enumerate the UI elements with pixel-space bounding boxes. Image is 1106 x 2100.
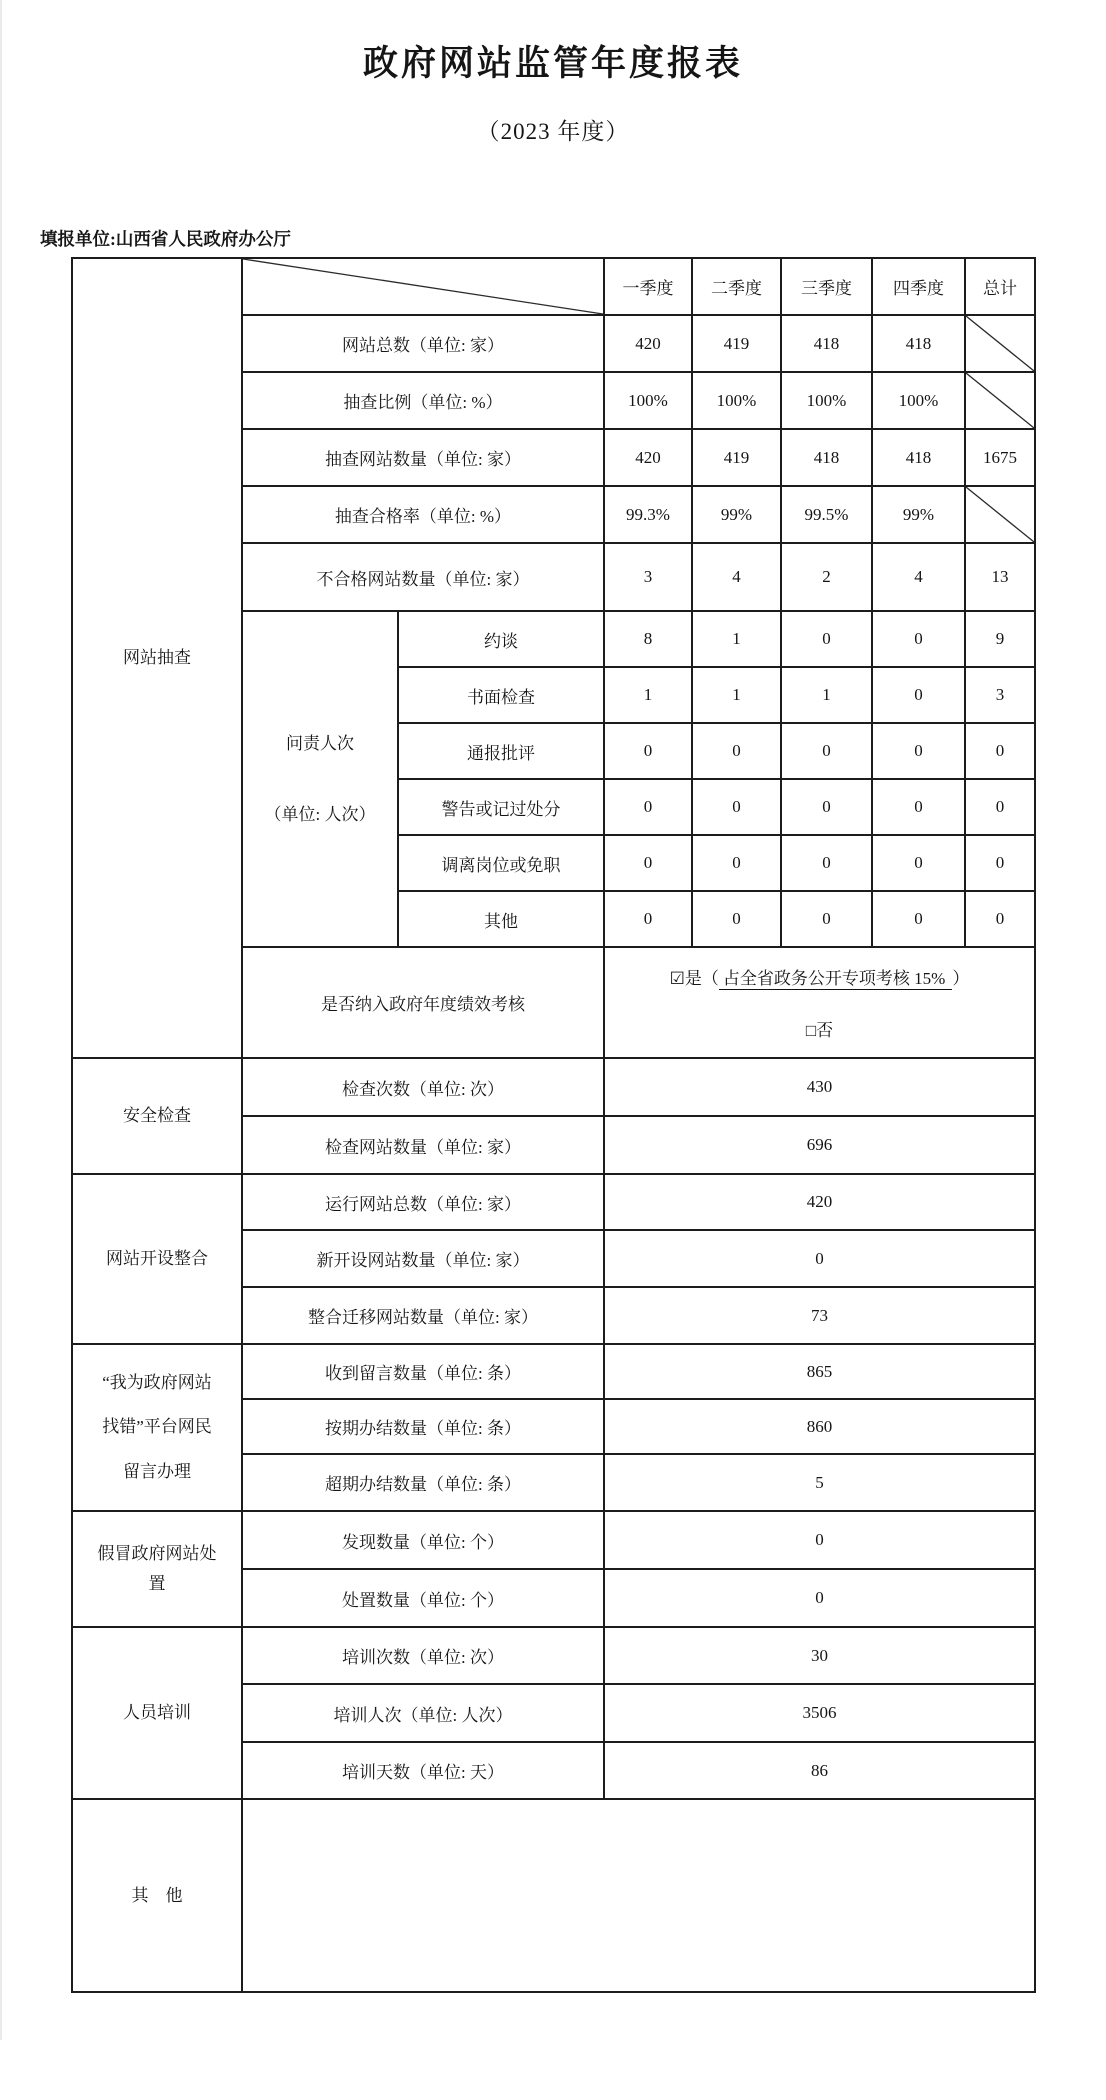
category-staff-training: 人员培训 xyxy=(72,1627,242,1799)
cell-q2: 0 xyxy=(692,835,781,891)
assessment-label: 是否纳入政府年度绩效考核 xyxy=(242,947,604,1058)
column-header-total: 总计 xyxy=(965,258,1035,315)
cell-total: 0 xyxy=(965,891,1035,947)
cell-q1: 3 xyxy=(604,543,692,611)
cell-value: 5 xyxy=(604,1454,1035,1511)
cell-q4: 418 xyxy=(872,315,965,372)
cell-q1: 0 xyxy=(604,779,692,835)
diagonal-slash-icon xyxy=(966,316,1034,371)
cell-q2: 1 xyxy=(692,611,781,667)
table-row: 假冒政府网站处 置 发现数量（单位: 个） 0 xyxy=(72,1511,1035,1569)
row-label-running-sites: 运行网站总数（单位: 家） xyxy=(242,1174,604,1230)
cell-q3: 0 xyxy=(781,611,872,667)
row-label-sample-ratio: 抽查比例（单位: %） xyxy=(242,372,604,429)
table-row: 网站开设整合 运行网站总数（单位: 家） 420 xyxy=(72,1174,1035,1230)
cell-q4: 0 xyxy=(872,723,965,779)
cell-q2: 1 xyxy=(692,667,781,723)
table-row: 其 他 xyxy=(72,1799,1035,1992)
row-label-found: 发现数量（单位: 个） xyxy=(242,1511,604,1569)
cell-q1: 99.3% xyxy=(604,486,692,543)
row-label-messages-received: 收到留言数量（单位: 条） xyxy=(242,1344,604,1399)
cell-q4: 0 xyxy=(872,891,965,947)
cell-total: 0 xyxy=(965,779,1035,835)
annual-report-table: 网站抽查 一季度 二季度 三季度 四季度 总计 网站总数（单位: 家） 420 … xyxy=(71,257,1036,1993)
cell-total: 3 xyxy=(965,667,1035,723)
row-label-removal: 调离岗位或免职 xyxy=(398,835,604,891)
cell-total-diagonal xyxy=(965,372,1035,429)
cell-value: 860 xyxy=(604,1399,1035,1454)
reporting-unit: 填报单位:山西省人民政府办公厅 xyxy=(40,226,1106,251)
cell-q4: 0 xyxy=(872,779,965,835)
row-label-migrated-sites: 整合迁移网站数量（单位: 家） xyxy=(242,1287,604,1344)
cell-value: 30 xyxy=(604,1627,1035,1684)
cell-value: 0 xyxy=(604,1230,1035,1287)
cell-q1: 8 xyxy=(604,611,692,667)
cell-q4: 4 xyxy=(872,543,965,611)
column-header-q1: 一季度 xyxy=(604,258,692,315)
cell-value: 430 xyxy=(604,1058,1035,1116)
cell-q4: 99% xyxy=(872,486,965,543)
cell-total: 13 xyxy=(965,543,1035,611)
other-content-cell xyxy=(242,1799,1035,1992)
page-subtitle: （2023 年度） xyxy=(0,113,1106,146)
table-row: 人员培训 培训次数（单位: 次） 30 xyxy=(72,1627,1035,1684)
row-label-training-sessions: 培训次数（单位: 次） xyxy=(242,1627,604,1684)
cell-q2: 0 xyxy=(692,891,781,947)
cell-value: 865 xyxy=(604,1344,1035,1399)
cell-q2: 419 xyxy=(692,315,781,372)
header-row: 网站抽查 一季度 二季度 三季度 四季度 总计 xyxy=(72,258,1035,315)
cell-total: 1675 xyxy=(965,429,1035,486)
row-label-training-days: 培训天数（单位: 天） xyxy=(242,1742,604,1799)
cell-q4: 418 xyxy=(872,429,965,486)
cell-value: 0 xyxy=(604,1511,1035,1569)
cell-q2: 419 xyxy=(692,429,781,486)
assessment-cell: ☑是（占全省政务公开专项考核 15%） □否 xyxy=(604,947,1035,1058)
cell-value: 3506 xyxy=(604,1684,1035,1742)
row-label-trainees: 培训人次（单位: 人次） xyxy=(242,1684,604,1742)
cell-q3: 100% xyxy=(781,372,872,429)
cell-q3: 0 xyxy=(781,891,872,947)
row-label-written-check: 书面检查 xyxy=(398,667,604,723)
row-label-circulate-criticism: 通报批评 xyxy=(398,723,604,779)
row-label-handled-overdue: 超期办结数量（单位: 条） xyxy=(242,1454,604,1511)
cell-total: 0 xyxy=(965,723,1035,779)
row-label-check-times: 检查次数（单位: 次） xyxy=(242,1058,604,1116)
column-header-q4: 四季度 xyxy=(872,258,965,315)
row-label-other-accountability: 其他 xyxy=(398,891,604,947)
row-label-pass-rate: 抽查合格率（单位: %） xyxy=(242,486,604,543)
cell-q2: 0 xyxy=(692,779,781,835)
cell-q3: 0 xyxy=(781,723,872,779)
category-security-check: 安全检查 xyxy=(72,1058,242,1174)
row-label-new-sites: 新开设网站数量（单位: 家） xyxy=(242,1230,604,1287)
corner-header-cell xyxy=(242,258,604,315)
cell-value: 0 xyxy=(604,1569,1035,1627)
cell-q4: 0 xyxy=(872,667,965,723)
row-label-handled-on-time: 按期办结数量（单位: 条） xyxy=(242,1399,604,1454)
diagonal-slash-icon xyxy=(966,373,1034,428)
cell-q4: 100% xyxy=(872,372,965,429)
table-row: 安全检查 检查次数（单位: 次） 430 xyxy=(72,1058,1035,1116)
category-error-feedback: “我为政府网站 找错”平台网民 留言办理 xyxy=(72,1344,242,1511)
diagonal-slash-icon xyxy=(243,259,603,314)
row-label-total-sites: 网站总数（单位: 家） xyxy=(242,315,604,372)
category-fake-website: 假冒政府网站处 置 xyxy=(72,1511,242,1627)
column-header-q3: 三季度 xyxy=(781,258,872,315)
cell-q3: 1 xyxy=(781,667,872,723)
cell-q2: 4 xyxy=(692,543,781,611)
cell-total: 0 xyxy=(965,835,1035,891)
cell-q1: 0 xyxy=(604,835,692,891)
assessment-no-option[interactable]: □否 xyxy=(605,1016,1034,1041)
cell-q2: 100% xyxy=(692,372,781,429)
category-other: 其 他 xyxy=(72,1799,242,1992)
checkbox-checked-icon: ☑是（ xyxy=(670,969,719,988)
diagonal-slash-icon xyxy=(966,487,1034,542)
assessment-yes-close: ） xyxy=(952,969,969,988)
cell-q3: 99.5% xyxy=(781,486,872,543)
cell-value: 86 xyxy=(604,1742,1035,1799)
row-label-warning: 警告或记过处分 xyxy=(398,779,604,835)
cell-q1: 1 xyxy=(604,667,692,723)
cell-q1: 0 xyxy=(604,891,692,947)
row-label-interview: 约谈 xyxy=(398,611,604,667)
assessment-yes-note: 占全省政务公开专项考核 15% xyxy=(719,969,952,990)
assessment-yes-option[interactable]: ☑是（占全省政务公开专项考核 15%） xyxy=(605,964,1034,989)
cell-value: 73 xyxy=(604,1287,1035,1344)
cell-total-diagonal xyxy=(965,486,1035,543)
cell-total: 9 xyxy=(965,611,1035,667)
cell-q3: 418 xyxy=(781,315,872,372)
cell-q3: 0 xyxy=(781,835,872,891)
row-label-disposed: 处置数量（单位: 个） xyxy=(242,1569,604,1627)
cell-total-diagonal xyxy=(965,315,1035,372)
cell-q3: 418 xyxy=(781,429,872,486)
cell-value: 420 xyxy=(604,1174,1035,1230)
cell-q1: 420 xyxy=(604,315,692,372)
cell-q4: 0 xyxy=(872,611,965,667)
cell-q1: 100% xyxy=(604,372,692,429)
table-row: “我为政府网站 找错”平台网民 留言办理 收到留言数量（单位: 条） 865 xyxy=(72,1344,1035,1399)
category-site-consolidation: 网站开设整合 xyxy=(72,1174,242,1344)
row-label-checked-sites: 检查网站数量（单位: 家） xyxy=(242,1116,604,1174)
cell-q2: 99% xyxy=(692,486,781,543)
cell-q3: 0 xyxy=(781,779,872,835)
cell-q1: 420 xyxy=(604,429,692,486)
page-edge-shadow xyxy=(0,0,2,2040)
row-label-failed-sites: 不合格网站数量（单位: 家） xyxy=(242,543,604,611)
cell-q2: 0 xyxy=(692,723,781,779)
cell-q4: 0 xyxy=(872,835,965,891)
cell-q1: 0 xyxy=(604,723,692,779)
category-website-inspection: 网站抽查 xyxy=(72,258,242,1058)
page-title: 政府网站监管年度报表 xyxy=(0,36,1106,86)
column-header-q2: 二季度 xyxy=(692,258,781,315)
cell-value: 696 xyxy=(604,1116,1035,1174)
cell-q3: 2 xyxy=(781,543,872,611)
accountability-label: 问责人次 （单位: 人次） xyxy=(242,611,398,947)
row-label-sampled-sites: 抽查网站数量（单位: 家） xyxy=(242,429,604,486)
